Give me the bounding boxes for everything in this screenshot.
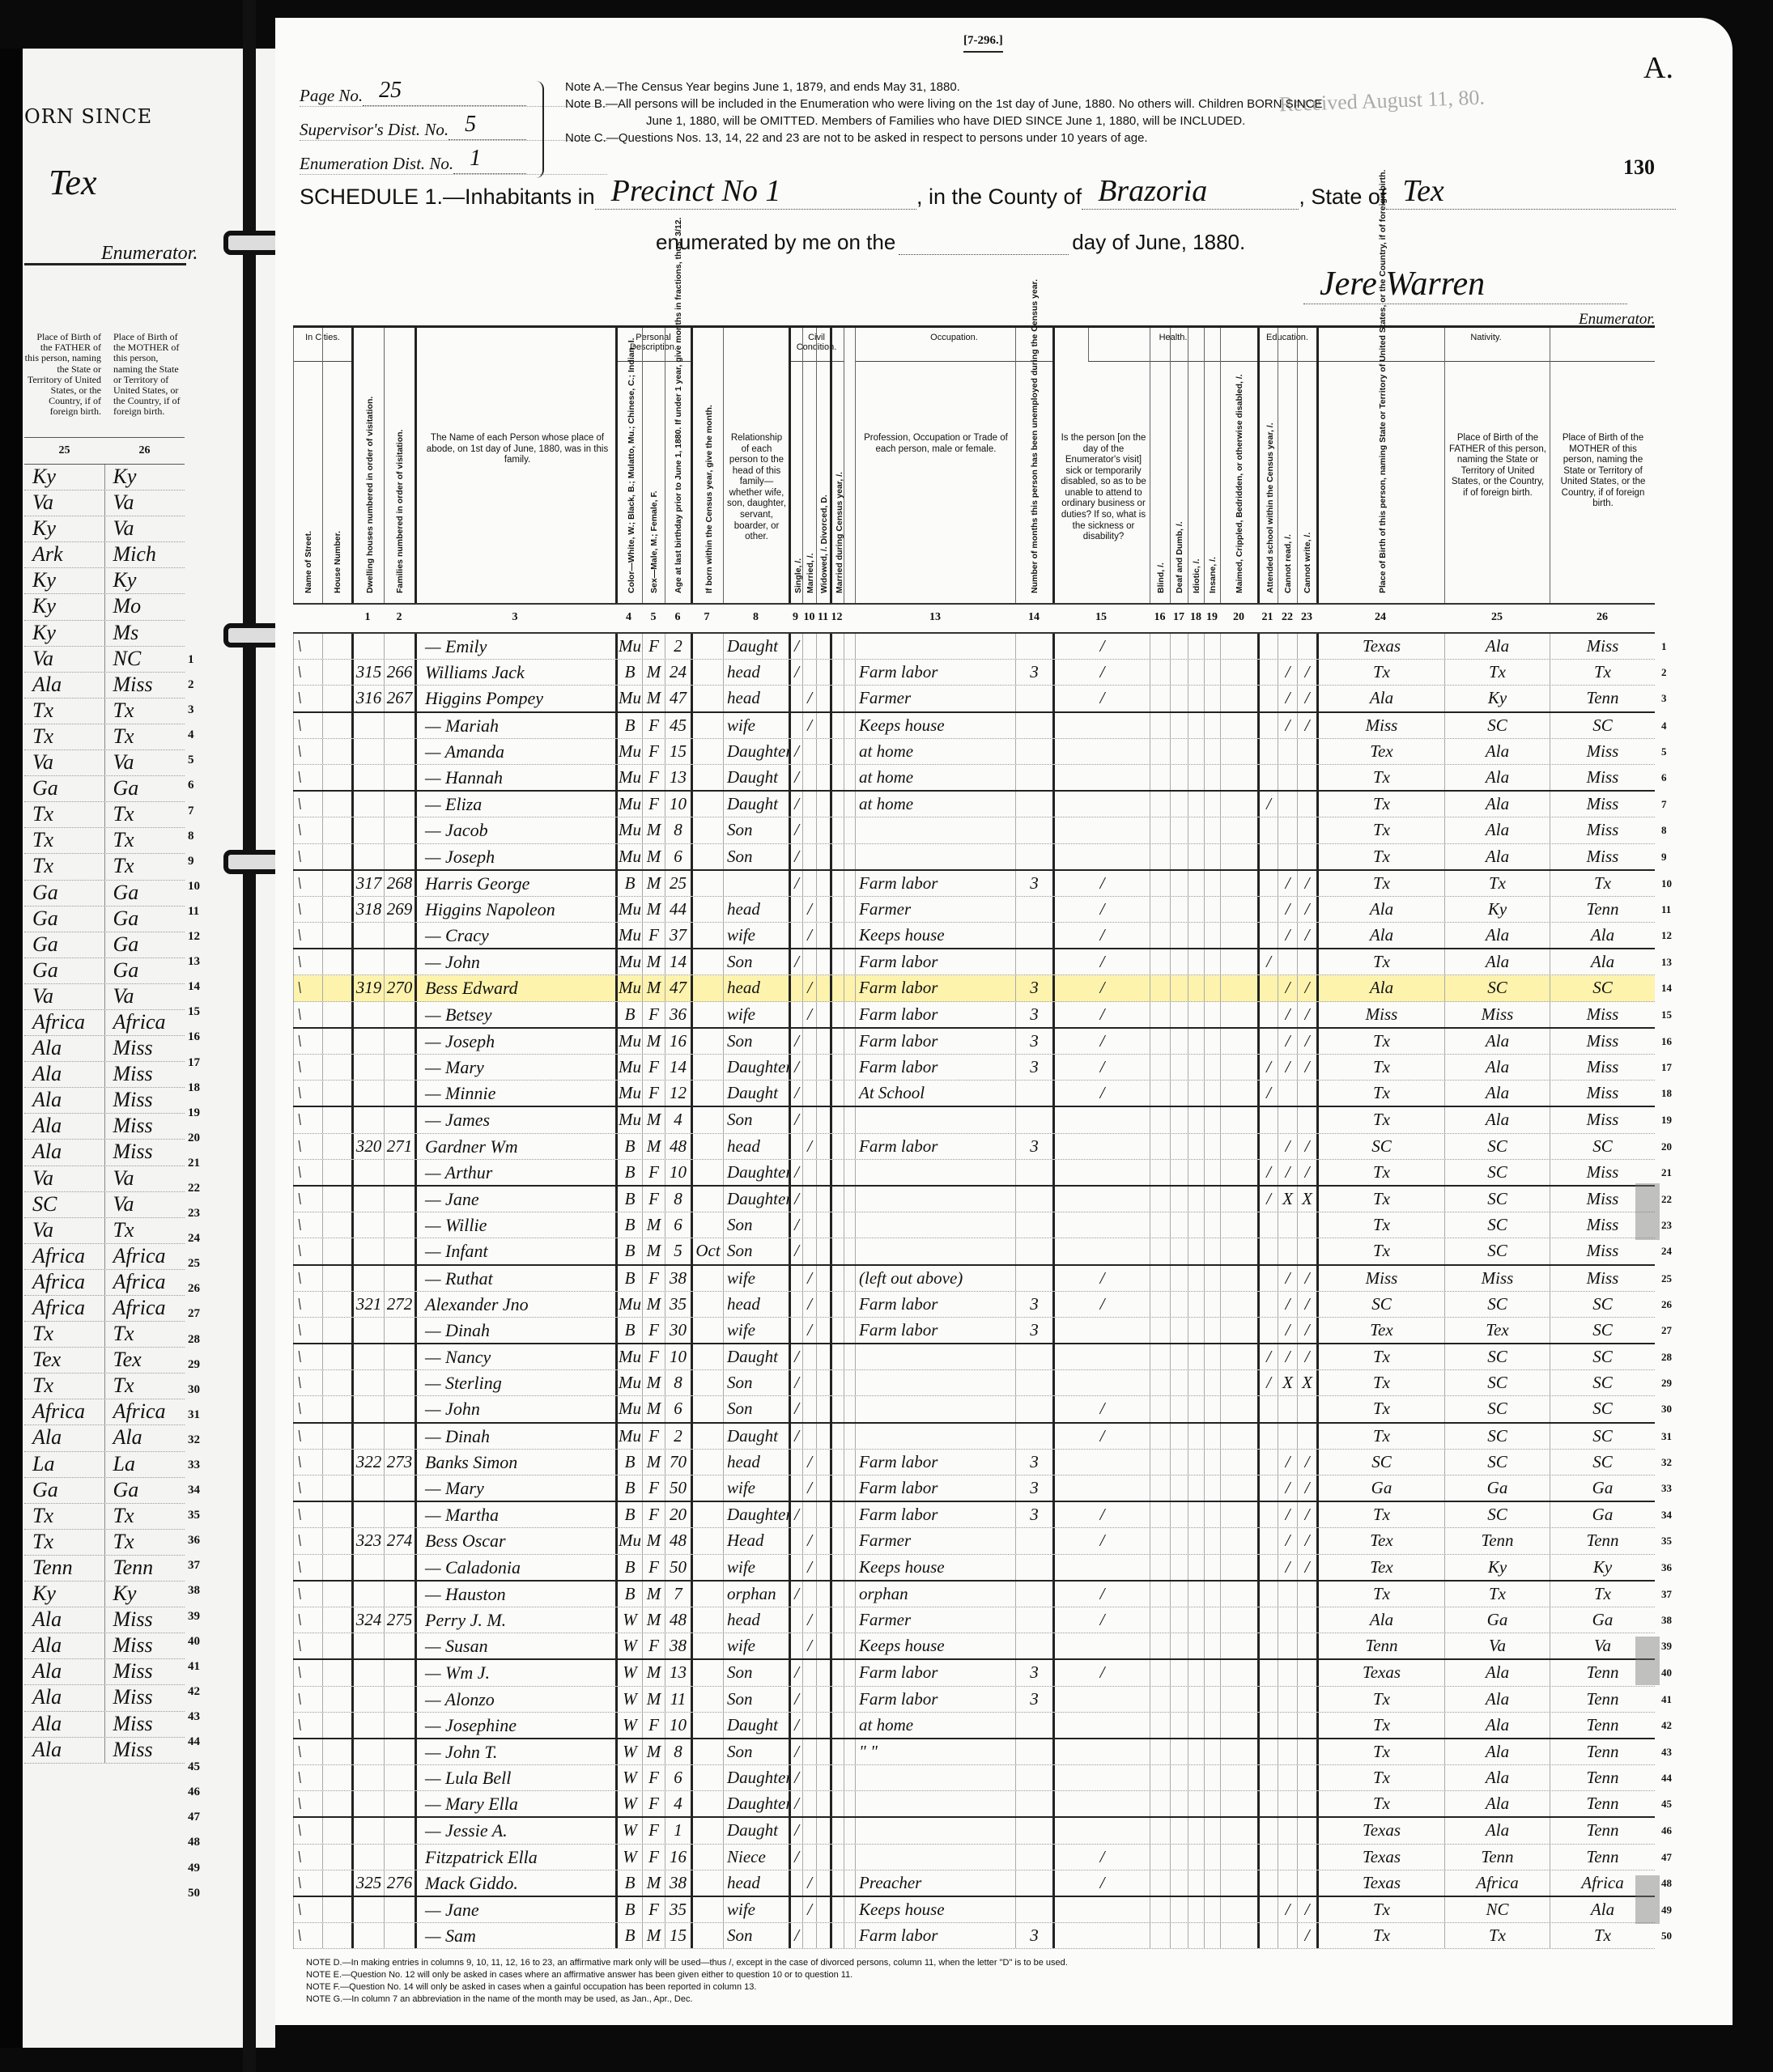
cell-dwelling [351, 1370, 384, 1395]
prev-state-fragment: Tex [49, 162, 97, 203]
cell-cant-read: / [1278, 1002, 1297, 1027]
table-row[interactable]: \— Mary EllaWF4Daughter/TxAlaTenn45 [293, 1791, 1655, 1818]
table-row[interactable]: \321272Alexander JnoMuM35head/Farm labor… [293, 1292, 1655, 1318]
cell-cant-read: / [1278, 897, 1297, 922]
cell-name: — Dinah [415, 1318, 615, 1343]
cell-father: Ala [1444, 739, 1550, 764]
state-prefix: , State of [1299, 185, 1386, 210]
cell-dwelling: 321 [351, 1292, 384, 1317]
table-row[interactable]: \— JosephMuM6Son/TxAlaMiss9 [293, 844, 1655, 871]
table-row[interactable]: \— Jessie A.WF1Daught/TexasAlaTenn46 [293, 1818, 1655, 1844]
cell-father: SC [1444, 1187, 1550, 1212]
cell-empty [1188, 817, 1204, 843]
cell-sex: M [642, 1528, 665, 1553]
cell-married: / [802, 1555, 816, 1580]
cell-month [691, 1687, 723, 1712]
cell-empty [1188, 1396, 1204, 1421]
table-row[interactable]: \— JosephMuM16Son/Farm labor3///TxAlaMis… [293, 1029, 1655, 1055]
cell-school [1257, 1266, 1278, 1291]
prev-father-birthplace: Ala [24, 1036, 104, 1061]
cell-empty [1150, 1845, 1170, 1870]
cell-empty [1170, 844, 1188, 869]
table-row[interactable]: \316267Higgins PompeyMuM47head/Farmer///… [293, 686, 1655, 712]
line-number: 42 [1661, 1713, 1686, 1738]
cell-occupation [855, 1396, 1015, 1421]
cell-empty [1204, 739, 1220, 764]
cell-empty [1204, 1870, 1220, 1896]
line-number: 48 [1661, 1870, 1686, 1896]
cell-empty [1170, 1238, 1188, 1263]
cell-father: Ky [1444, 686, 1550, 711]
cell-mar-yr [830, 1687, 844, 1712]
cell-month [691, 1450, 723, 1475]
cell-cant-read [1278, 739, 1297, 764]
header-col: Age at last birthday prior to June 1, 18… [665, 328, 691, 603]
prev-father-birthplace: Ga [24, 906, 104, 932]
cell-family: 267 [384, 686, 415, 711]
prev-father-birthplace: La [24, 1452, 104, 1477]
cell-father: Ala [1444, 1791, 1550, 1816]
table-row[interactable]: \— Lula BellWF6Daughter/TxAlaTenn44 [293, 1765, 1655, 1791]
cell-widowed [816, 975, 830, 1000]
prev-line-number: 3 [188, 698, 212, 723]
cell-unemployed: 3 [1015, 1660, 1052, 1685]
cell-month [691, 1266, 723, 1291]
highlighted-table-row[interactable]: \319270Bess EdwardMuM47head/Farm labor3/… [293, 975, 1655, 1001]
prev-line-number: 2 [188, 673, 212, 698]
cell-empty: \ [293, 1475, 322, 1501]
cell-sex: M [642, 871, 665, 896]
cell-sick [1052, 1134, 1150, 1159]
table-row[interactable]: \— MinnieMuF12Daught/At School//TxAlaMis… [293, 1081, 1655, 1107]
table-row[interactable]: \318269Higgins NapoleonMuM44head/Farmer/… [293, 897, 1655, 923]
table-row[interactable]: \Fitzpatrick EllaWF16Niece//TexasTennTen… [293, 1845, 1655, 1870]
table-row[interactable]: \— JamesMuM4Son/TxAlaMiss19 [293, 1107, 1655, 1133]
cell-name: — Joseph [415, 1029, 615, 1054]
table-row[interactable]: \— MaryMuF14Daughter/Farm labor3////TxAl… [293, 1055, 1655, 1081]
cell-empty [322, 1134, 351, 1159]
header-label: Married, /. [806, 553, 815, 593]
cell-empty [1188, 1081, 1204, 1106]
cell-month [691, 1055, 723, 1080]
cell-widowed [816, 1266, 830, 1291]
prev-line-number: 5 [188, 748, 212, 773]
cell-father: Tx [1444, 660, 1550, 685]
cell-name: — Caladonia [415, 1555, 615, 1580]
cell-dwelling: 319 [351, 975, 384, 1000]
cell-dwelling [351, 1502, 384, 1527]
cell-relation: Son [723, 1687, 789, 1712]
cell-occupation: Farm labor [855, 1029, 1015, 1054]
cell-single [789, 975, 802, 1000]
prev-mother-birthplace: Va [104, 1166, 185, 1191]
table-row[interactable]: \324275Perry J. M.WM48head/Farmer/AlaGaG… [293, 1607, 1655, 1633]
header-label: House Number. [333, 531, 342, 593]
cell-occupation: at home [855, 1713, 1015, 1738]
cell-occupation [855, 817, 1015, 843]
table-row[interactable]: \— DinahBF30wife/Farm labor3//TexTexSC27 [293, 1318, 1655, 1344]
cell-sex: M [642, 1923, 665, 1948]
prev-table-row: TxTx [24, 1322, 185, 1348]
cell-empty [844, 1029, 855, 1054]
prev-table-row: AlaMiss [24, 1738, 185, 1764]
cell-father: Tenn [1444, 1845, 1550, 1870]
table-row[interactable]: \— SterlingMuM8Son//XXTxSCSC29 [293, 1370, 1655, 1396]
cell-empty [1170, 1107, 1188, 1132]
cell-mar-yr [830, 1791, 844, 1816]
cell-school [1257, 1238, 1278, 1263]
table-row[interactable]: \317268Harris GeorgeBM25/Farm labor3///T… [293, 871, 1655, 897]
table-row[interactable]: \— ElizaMuF10Daught/at home/TxAlaMiss7 [293, 792, 1655, 817]
cell-empty [1170, 1897, 1188, 1922]
prev-table-row: VaVa [24, 490, 185, 516]
table-row[interactable]: \— John T.WM8Son/" "TxAlaTenn43 [293, 1739, 1655, 1765]
prev-mother-birthplace: Ky [104, 1582, 185, 1607]
cell-relation: Daughter [723, 1502, 789, 1527]
cell-single: / [789, 1212, 802, 1238]
cell-sex: F [642, 1424, 665, 1449]
cell-month [691, 1424, 723, 1449]
prev-table-row: AfricaAfrica [24, 1270, 185, 1296]
prev-father-birthplace: Ga [24, 881, 104, 906]
cell-age: 8 [665, 1187, 691, 1212]
cell-empty [322, 1582, 351, 1607]
table-row[interactable]: \— ArthurBF10Daughter////TxSCMiss21 [293, 1160, 1655, 1187]
cell-family [384, 1502, 415, 1527]
cell-month [691, 1370, 723, 1395]
cell-empty [322, 1791, 351, 1816]
enumerated-prefix: enumerated by me on the [656, 230, 895, 255]
prev-mother-birthplace: Africa [104, 1399, 185, 1424]
table-row[interactable]: \— EmilyMuF2Daught//TexasAlaMiss1 [293, 634, 1655, 660]
cell-color: B [615, 1475, 642, 1501]
cell-occupation: Farm labor [855, 1923, 1015, 1948]
cell-cant-read: / [1278, 1344, 1297, 1369]
table-row[interactable]: \— DinahMuF2Daught//TxSCSC31 [293, 1424, 1655, 1450]
cell-empty [1204, 1475, 1220, 1501]
cell-empty [1150, 1528, 1170, 1553]
cell-empty [1204, 1029, 1220, 1054]
header-col: Name of Street. [293, 328, 323, 603]
prev-table-row: VaVa [24, 1166, 185, 1192]
cell-empty [1188, 1791, 1204, 1816]
cell-empty [1204, 897, 1220, 922]
cell-widowed [816, 1134, 830, 1159]
cell-cant-write: / [1297, 1266, 1316, 1291]
table-row[interactable]: \— RuthatBF38wife/(left out above)///Mis… [293, 1266, 1655, 1292]
cell-relation: Daughter [723, 739, 789, 764]
cell-father: SC [1444, 1134, 1550, 1159]
cell-name: — Dinah [415, 1424, 615, 1449]
cell-empty [1170, 817, 1188, 843]
cell-empty [1220, 765, 1257, 790]
cell-mar-yr [830, 1160, 844, 1185]
cell-sex: F [642, 634, 665, 659]
cell-sick: / [1052, 1029, 1150, 1054]
cell-relation: Daught [723, 1081, 789, 1106]
cell-color: B [615, 1134, 642, 1159]
table-row[interactable]: \323274Bess OscarMuM48Head/Farmer///TexT… [293, 1528, 1655, 1554]
table-row[interactable]: \— HannahMuF13Daught/at homeTxAlaMiss6 [293, 765, 1655, 792]
table-row[interactable]: \— BetseyBF36wife/Farm labor3///MissMiss… [293, 1002, 1655, 1029]
cell-age: 6 [665, 1396, 691, 1421]
cell-age: 6 [665, 844, 691, 869]
line-number: 26 [1661, 1292, 1686, 1317]
district-info: Page No. 25 Supervisor's Dist. No. 5 Enu… [300, 73, 607, 175]
cell-mother: Miss [1550, 1107, 1655, 1132]
cell-married: / [802, 686, 816, 711]
column-number: 6 [665, 611, 691, 624]
cell-family [384, 1660, 415, 1685]
table-row[interactable]: \— InfantBM5OctSon/TxSCMiss24 [293, 1238, 1655, 1265]
cell-cant-write [1297, 1713, 1316, 1738]
table-row[interactable]: \— CaladoniaBF50wife/Keeps house//TexKyK… [293, 1555, 1655, 1582]
cell-age: 47 [665, 975, 691, 1000]
header-label: If born within the Census year, give the… [704, 405, 714, 593]
cell-age: 70 [665, 1450, 691, 1475]
cell-empty [1204, 1107, 1220, 1132]
cell-mother: Tenn [1550, 1765, 1655, 1790]
cell-dwelling [351, 1396, 384, 1421]
cell-sex: M [642, 1687, 665, 1712]
cell-empty [1188, 1687, 1204, 1712]
cell-unemployed: 3 [1015, 1292, 1052, 1317]
cell-widowed [816, 1660, 830, 1685]
cell-empty [844, 1212, 855, 1238]
cell-relation: head [723, 975, 789, 1000]
cell-cant-write: / [1297, 686, 1316, 711]
table-row[interactable]: \— MarthaBF20Daughter/Farm labor3///TxSC… [293, 1502, 1655, 1528]
table-row[interactable]: \— SamBM15Son/Farm labor3/TxTxTx50 [293, 1923, 1655, 1949]
cell-empty [1220, 1818, 1257, 1843]
cell-sex: F [642, 1081, 665, 1106]
prev-line-number: 37 [188, 1553, 212, 1578]
prev-father-birthplace: Ky [24, 1582, 104, 1607]
cell-empty [1188, 1187, 1204, 1212]
cell-name: — Susan [415, 1633, 615, 1658]
cell-mar-yr [830, 923, 844, 948]
table-row[interactable]: \— JacobMuM8Son/TxAlaMiss8 [293, 817, 1655, 843]
enumeration-label: Enumeration Dist. No. [300, 154, 453, 174]
prev-father-birthplace: Va [24, 750, 104, 775]
cell-family [384, 949, 415, 974]
cell-empty [322, 1055, 351, 1080]
column-number: 16 [1150, 611, 1170, 624]
cell-cant-read: / [1278, 1450, 1297, 1475]
cell-color: B [615, 1318, 642, 1343]
cell-dwelling [351, 1923, 384, 1948]
cell-dwelling [351, 1107, 384, 1132]
cell-relation: head [723, 660, 789, 685]
cell-empty [1150, 1344, 1170, 1369]
table-row[interactable]: \— AmandaMuF15Daughter/at homeTexAlaMiss… [293, 739, 1655, 765]
table-row[interactable]: \322273Banks SimonBM70head/Farm labor3//… [293, 1450, 1655, 1475]
header-col: Dwelling houses numbered in order of vis… [351, 328, 386, 603]
cell-empty [1220, 1870, 1257, 1896]
prev-table-row: AlaMiss [24, 1114, 185, 1140]
cell-age: 15 [665, 739, 691, 764]
cell-sick [1052, 1818, 1150, 1843]
cell-widowed [816, 1055, 830, 1080]
cell-occupation [855, 1791, 1015, 1816]
cell-empty [1150, 1687, 1170, 1712]
table-row[interactable]: \— Wm J.WM13Son/Farm labor3/TexasAlaTenn… [293, 1660, 1655, 1686]
prev-mother-birthplace: Va [104, 516, 185, 541]
cell-dwelling [351, 1765, 384, 1790]
cell-empty [1188, 1055, 1204, 1080]
cell-age: 8 [665, 817, 691, 843]
column-number: 26 [1550, 611, 1655, 624]
table-row[interactable]: \— NancyMuF10Daught////TxSCSC28 [293, 1344, 1655, 1370]
cell-family [384, 1370, 415, 1395]
cell-dwelling [351, 1713, 384, 1738]
prev-father-birthplace: Va [24, 984, 104, 1009]
prev-rule [24, 263, 186, 265]
prev-line-numbers: 1234567891011121314151617181920212223242… [188, 647, 212, 1906]
cell-empty [1204, 1555, 1220, 1580]
cell-cant-write [1297, 949, 1316, 974]
cell-dwelling [351, 1633, 384, 1658]
cell-empty [844, 1396, 855, 1421]
county-value: Brazoria [1082, 173, 1299, 210]
cell-name: — Alonzo [415, 1687, 615, 1712]
prev-mother-birthplace: Miss [104, 1685, 185, 1710]
table-row[interactable]: \— JaneBF8Daughter//XXTxSCMiss22 [293, 1187, 1655, 1212]
cell-father: Ala [1444, 1081, 1550, 1106]
cell-empty [1170, 923, 1188, 948]
page-no-value: 25 [363, 78, 526, 106]
cell-married [802, 1818, 816, 1843]
cell-cant-read [1278, 634, 1297, 659]
cell-empty [1220, 1134, 1257, 1159]
cell-mar-yr [830, 1582, 844, 1607]
cell-married: / [802, 1002, 816, 1027]
line-number: 22 [1661, 1187, 1686, 1212]
cell-empty [1170, 1845, 1188, 1870]
cell-empty [1204, 1582, 1220, 1607]
table-row[interactable]: \— AlonzoWM11Son/Farm labor3TxAlaTenn41 [293, 1687, 1655, 1713]
cell-empty [1220, 897, 1257, 922]
cell-sex: F [642, 1845, 665, 1870]
table-row[interactable]: \325276Mack Giddo.BM38head/Preacher/Texa… [293, 1870, 1655, 1897]
prev-mother-birthplace: Miss [104, 1659, 185, 1684]
cell-empty [1170, 897, 1188, 922]
cell-birth: Tx [1316, 1687, 1444, 1712]
cell-single: / [789, 1081, 802, 1106]
cell-empty [844, 1160, 855, 1185]
table-row[interactable]: \— SusanWF38wife/Keeps houseTennVaVa39 [293, 1633, 1655, 1660]
table-row[interactable]: \— MariahBF45wife/Keeps house//MissSCSC4 [293, 713, 1655, 739]
cell-father: Ala [1444, 1739, 1550, 1764]
cell-cant-write: / [1297, 1134, 1316, 1159]
supervisor-label: Supervisor's Dist. No. [300, 120, 449, 140]
scan-shadow [1635, 1183, 1660, 1240]
cell-color: Mu [615, 1424, 642, 1449]
cell-dwelling [351, 1344, 384, 1369]
prev-table-row: VaVa [24, 750, 185, 776]
cell-unemployed [1015, 1870, 1052, 1896]
cell-dwelling: 316 [351, 686, 384, 711]
cell-occupation: at home [855, 792, 1015, 817]
cell-relation: Daught [723, 1818, 789, 1843]
cell-mar-yr [830, 765, 844, 790]
table-row[interactable]: \— JohnMuM14Son/Farm labor//TxAlaAla13 [293, 949, 1655, 975]
cell-single: / [789, 1055, 802, 1080]
cell-empty [1220, 739, 1257, 764]
column-number: 5 [642, 611, 665, 624]
table-row[interactable]: \— JaneBF35wife/Keeps house//TxNCAla49 [293, 1897, 1655, 1923]
cell-empty [1220, 1055, 1257, 1080]
table-body: \— EmilyMuF2Daught//TexasAlaMiss1\315266… [293, 634, 1655, 1949]
table-row[interactable]: \— WillieBM6Son/TxSCMiss23 [293, 1212, 1655, 1238]
cell-dwelling [351, 1475, 384, 1501]
cell-mother: Tx [1550, 871, 1655, 896]
cell-birth: Tx [1316, 1713, 1444, 1738]
cell-single: / [789, 1396, 802, 1421]
table-row[interactable]: \— JosephineWF10Daught/at homeTxAlaTenn4… [293, 1713, 1655, 1739]
prev-line-number: 27 [188, 1301, 212, 1327]
cell-unemployed [1015, 923, 1052, 948]
cell-month [691, 1923, 723, 1948]
prev-mother-birthplace: Tx [104, 724, 185, 749]
cell-month [691, 1845, 723, 1870]
table-row[interactable]: \— CracyMuF37wife/Keeps house///AlaAlaAl… [293, 923, 1655, 949]
column-number: 14 [1015, 611, 1052, 624]
cell-empty: \ [293, 871, 322, 896]
table-row[interactable]: \— MaryBF50wife/Farm labor3//GaGaGa33 [293, 1475, 1655, 1502]
enumeration-row: Enumeration Dist. No. 1 [300, 141, 607, 175]
table-row[interactable]: \315266Williams JackBM24head/Farm labor3… [293, 660, 1655, 686]
cell-empty: \ [293, 1029, 322, 1054]
cell-empty [1150, 792, 1170, 817]
cell-empty [1220, 713, 1257, 738]
cell-cant-read: / [1278, 1528, 1297, 1553]
cell-relation: Son [723, 1660, 789, 1685]
table-header: In Cities. Personal Description. Civil C… [293, 328, 1655, 605]
cell-occupation: Farm labor [855, 660, 1015, 685]
cell-occupation: Farm labor [855, 1450, 1015, 1475]
cell-cant-write [1297, 1212, 1316, 1238]
table-row[interactable]: \— JohnMuM6Son//TxSCSC30 [293, 1396, 1655, 1423]
cell-cant-read [1278, 1791, 1297, 1816]
cell-empty [1188, 1713, 1204, 1738]
cell-color: Mu [615, 1081, 642, 1106]
cell-father: Ala [1444, 1713, 1550, 1738]
cell-family [384, 1765, 415, 1790]
prev-table-row: ArkMich [24, 542, 185, 568]
cell-mother: SC [1550, 713, 1655, 738]
line-number: 35 [1661, 1528, 1686, 1553]
cell-age: 44 [665, 897, 691, 922]
cell-widowed [816, 871, 830, 896]
cell-empty [1188, 1134, 1204, 1159]
cell-empty [1220, 1238, 1257, 1263]
cell-cant-write: / [1297, 1897, 1316, 1922]
cell-empty [844, 765, 855, 790]
cell-name: — Hauston [415, 1582, 615, 1607]
prev-mother-birthplace: Miss [104, 1140, 185, 1165]
table-row[interactable]: \320271Gardner WmBM48head/Farm labor3//S… [293, 1134, 1655, 1160]
cell-school [1257, 739, 1278, 764]
table-row[interactable]: \— HaustonBM7orphan/orphan/TxTxTx37 [293, 1582, 1655, 1607]
cell-relation: wife [723, 1266, 789, 1291]
cell-single: / [789, 634, 802, 659]
prev-line-number: 16 [188, 1025, 212, 1050]
cell-father: SC [1444, 1292, 1550, 1317]
cell-school: / [1257, 792, 1278, 817]
cell-sick [1052, 844, 1150, 869]
cell-empty [322, 1897, 351, 1922]
